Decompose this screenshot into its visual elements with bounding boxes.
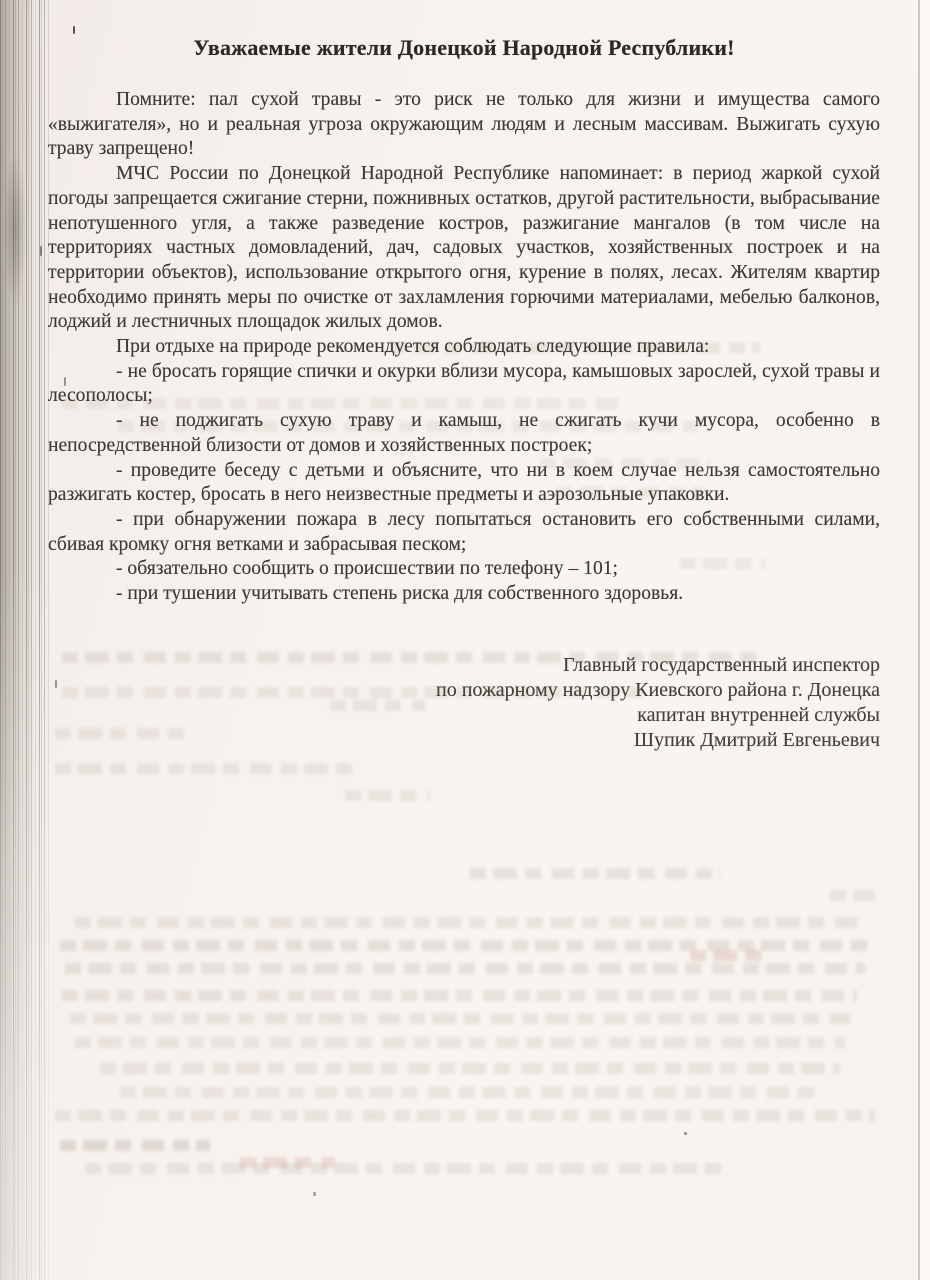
bleedthrough-line <box>62 990 857 1001</box>
scanned-page: Уважаемые жители Донецкой Народной Респу… <box>0 0 930 1280</box>
document-body: Уважаемые жители Донецкой Народной Респу… <box>48 36 880 753</box>
bullet-item-own-risk: - при тушении учитывать степень риска дл… <box>48 582 880 607</box>
bleedthrough-line <box>55 763 355 774</box>
ink-speck <box>73 26 75 34</box>
bleedthrough-line <box>75 917 865 928</box>
bullet-item-forest-fire: - при обнаружении пожара в лесу попытать… <box>48 508 880 557</box>
bullet-item-matches: - не бросать горящие спички и окурки вбл… <box>48 360 880 409</box>
paragraph-mchs-reminder: МЧС России по Донецкой Народной Республи… <box>48 162 880 335</box>
signature-line-position: Главный государственный инспектор <box>48 653 880 678</box>
bleedthrough-line <box>470 868 720 879</box>
bleedthrough-line <box>65 963 865 974</box>
bleedthrough-line <box>60 1140 210 1151</box>
bleedthrough-line <box>690 950 770 961</box>
signature-block: Главный государственный инспектор по пож… <box>48 653 880 753</box>
bleedthrough-line <box>55 1110 875 1121</box>
bleedthrough-line <box>100 1063 840 1074</box>
signature-line-name: Шупик Дмитрий Евгеньевич <box>48 728 880 753</box>
bleedthrough-line <box>345 790 430 801</box>
bleedthrough-line <box>75 1037 845 1048</box>
ink-speck <box>40 246 42 256</box>
scan-edge-artifact <box>0 0 50 1280</box>
page-edge-line <box>918 0 930 1280</box>
ink-speck <box>313 1192 316 1196</box>
bullet-item-no-burning: - не поджигать сухую траву и камыш, не с… <box>48 409 880 458</box>
signature-line-district: по пожарному надзору Киевского района г.… <box>48 678 880 703</box>
ink-speck <box>684 1132 687 1135</box>
bleedthrough-line <box>830 890 875 901</box>
bullet-item-call-101: - обязательно сообщить о происшествии по… <box>48 557 880 582</box>
bullet-item-children: - проведите беседу с детьми и объясните,… <box>48 459 880 508</box>
signature-line-rank: капитан внутренней службы <box>48 703 880 728</box>
document-title: Уважаемые жители Донецкой Народной Респу… <box>48 36 880 60</box>
bleedthrough-line <box>85 1163 725 1174</box>
bleedthrough-line <box>120 1087 820 1098</box>
paragraph-intro: Помните: пал сухой травы - это риск не т… <box>48 88 880 162</box>
paragraph-rules-intro: При отдыхе на природе рекомендуется собл… <box>48 335 880 360</box>
bleedthrough-line <box>70 1013 850 1024</box>
